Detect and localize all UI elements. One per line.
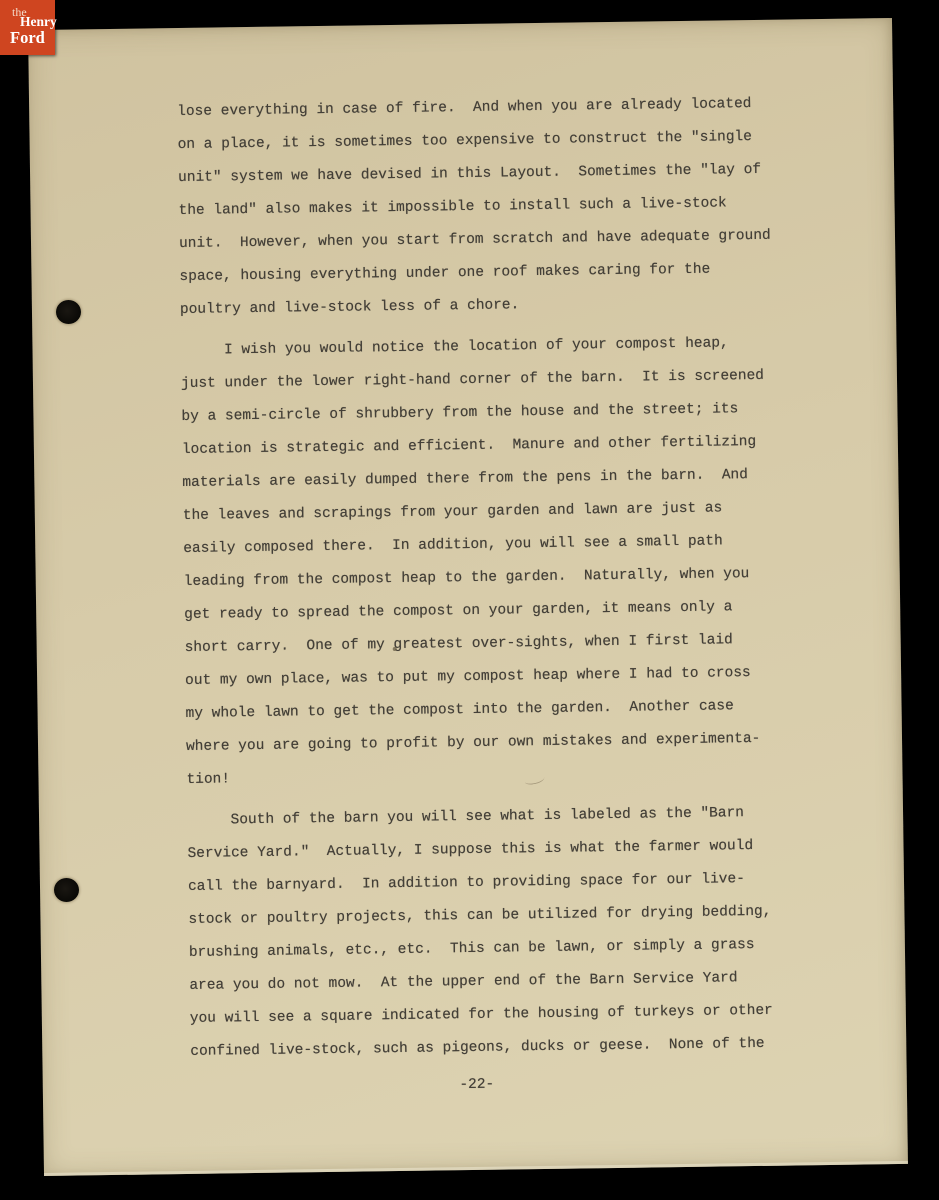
henry-ford-logo: the Henry Ford	[0, 0, 55, 55]
page-number: -22-	[177, 1065, 777, 1106]
logo-word-ford: Ford	[10, 28, 45, 48]
scan-background: lose everything in case of fire. And whe…	[0, 0, 939, 1200]
text-line: confined live-stock, such as pigeons, du…	[190, 1028, 790, 1069]
text-line: poultry and live-stock less of a chore.	[180, 286, 780, 327]
paragraph: I wish you would notice the location of …	[180, 327, 786, 797]
paragraph: South of the barn you will see what is l…	[187, 797, 791, 1069]
scan-speck	[393, 647, 397, 651]
punch-hole-bottom	[54, 878, 79, 902]
paragraph: lose everything in case of fire. And whe…	[177, 88, 780, 327]
punch-hole-top	[56, 300, 81, 324]
typewritten-text: lose everything in case of fire. And whe…	[177, 88, 791, 1106]
document-page: lose everything in case of fire. And whe…	[28, 18, 908, 1176]
